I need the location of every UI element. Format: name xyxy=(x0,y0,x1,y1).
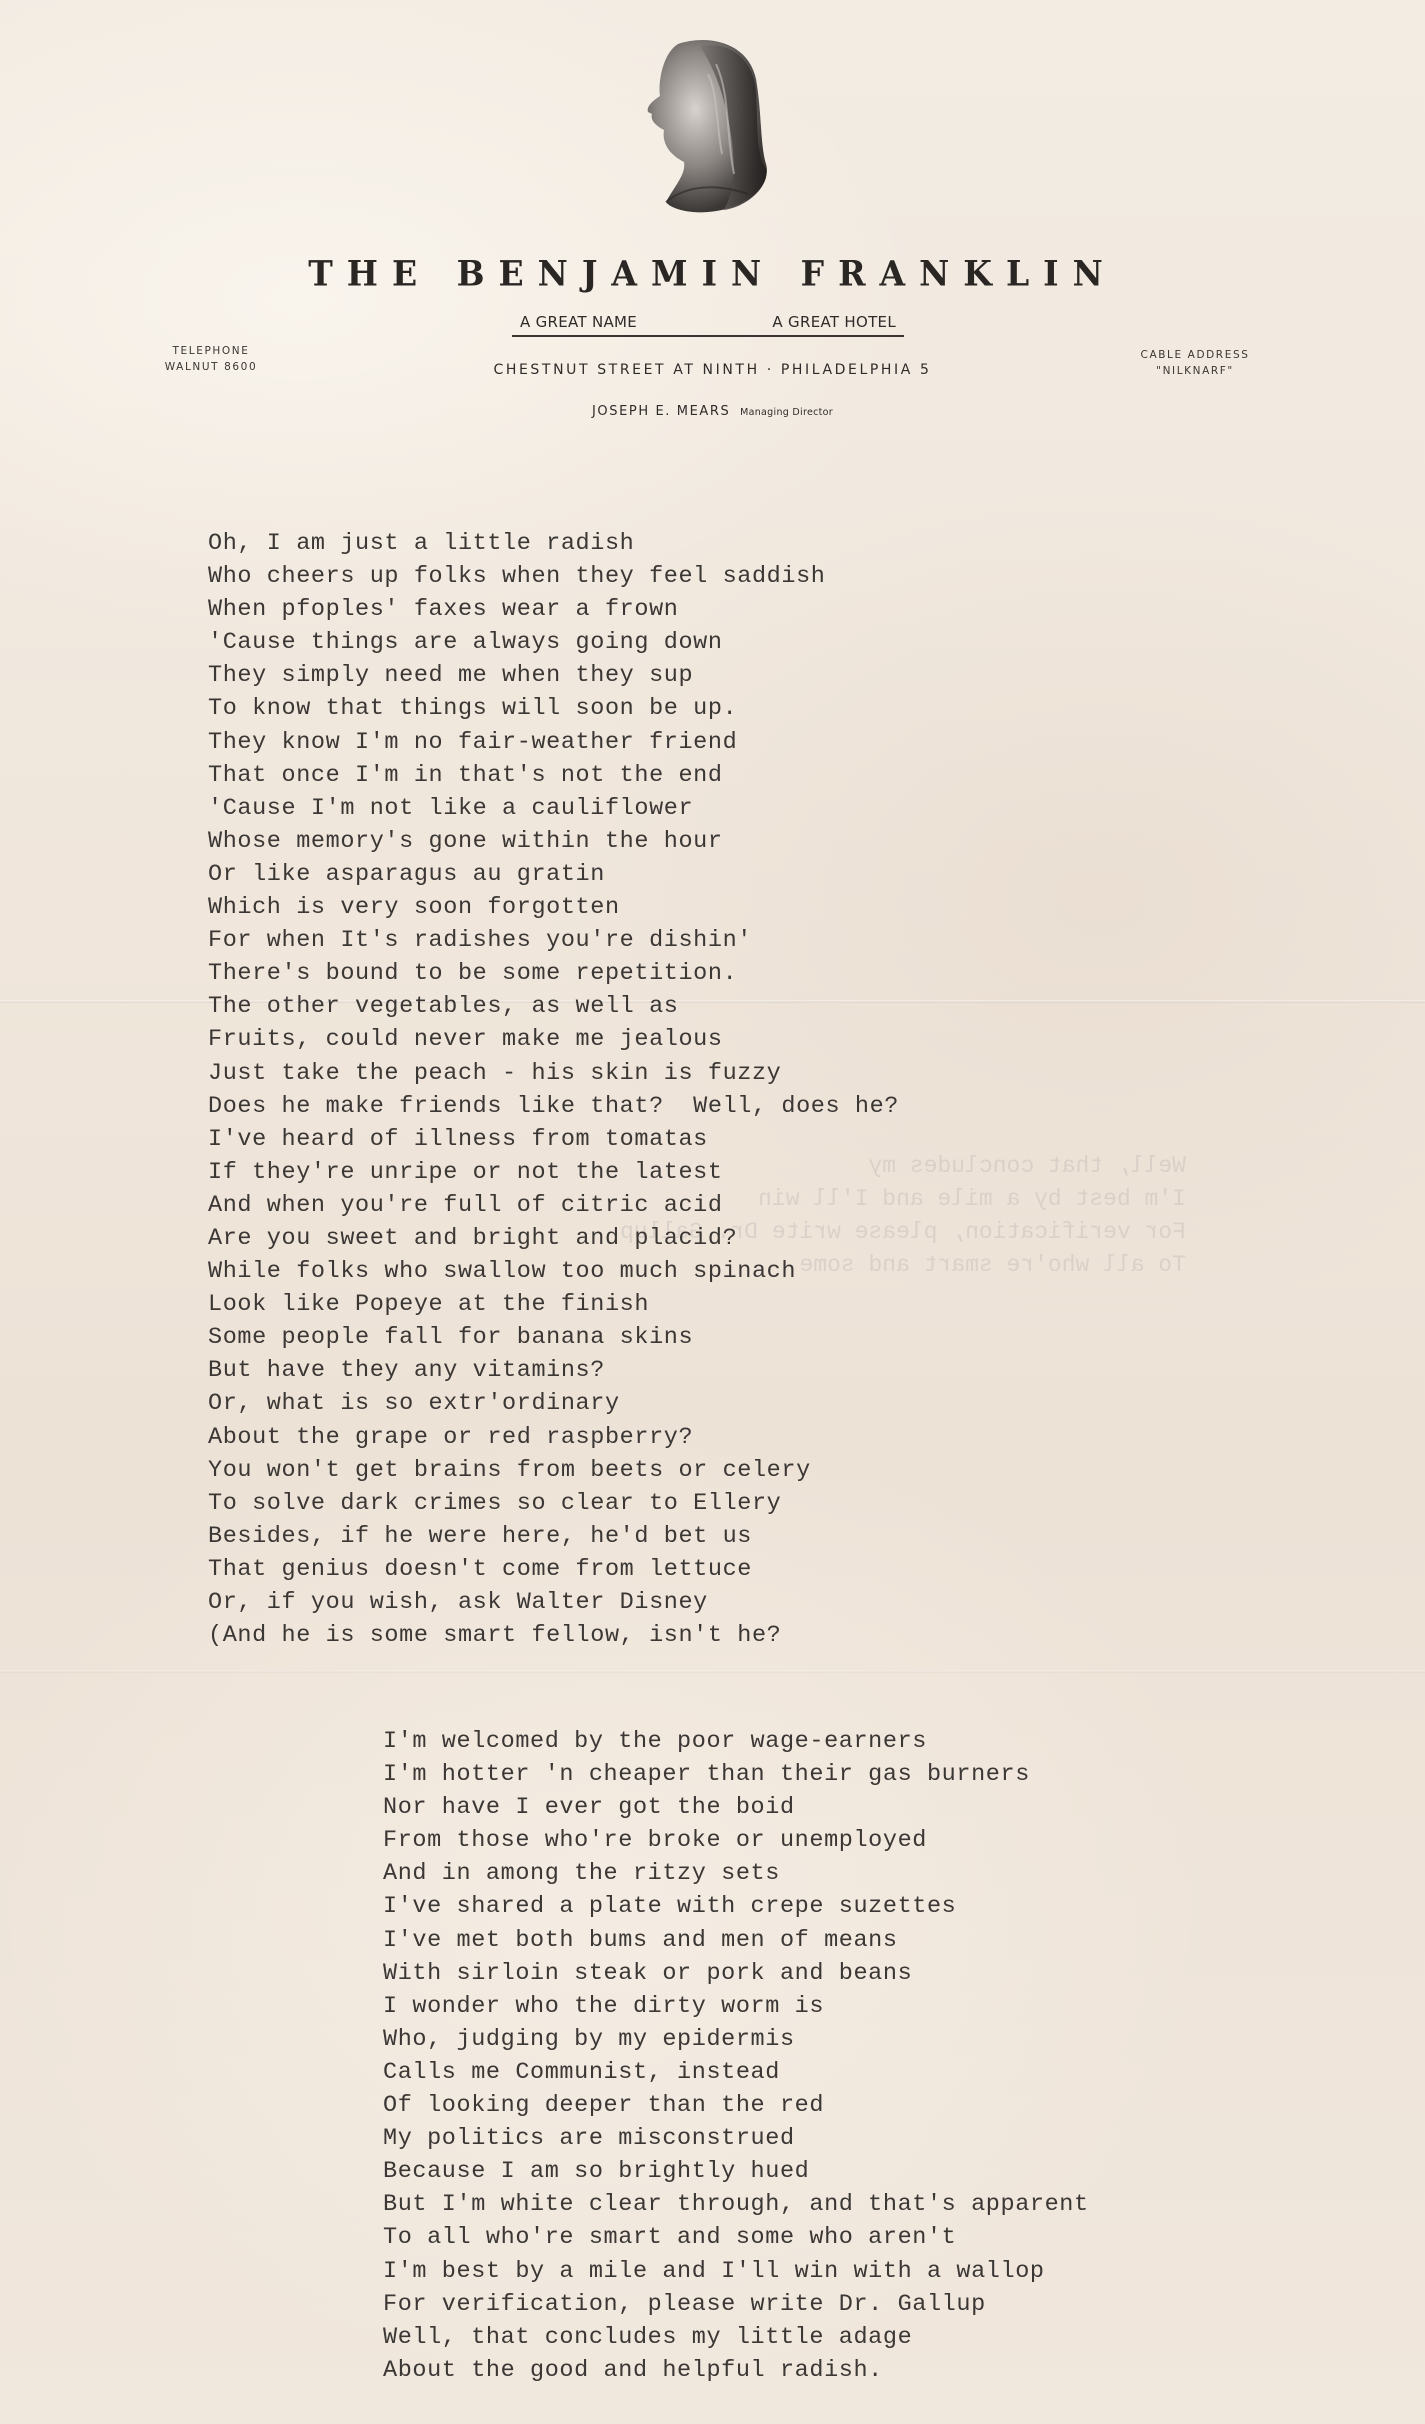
poem-line: And when you're full of citric acid xyxy=(208,1189,899,1222)
poem-line: Are you sweet and bright and placid? xyxy=(208,1222,899,1255)
poem-stanza-2: I'm welcomed by the poor wage-earnersI'm… xyxy=(383,1725,1089,2387)
poem-line: Who, judging by my epidermis xyxy=(383,2023,1089,2056)
director-name: JOSEPH E. MEARS xyxy=(592,404,730,419)
poem-line: My politics are misconstrued xyxy=(383,2122,1089,2155)
cable-address-block: CABLE ADDRESS "NILKNARF" xyxy=(1120,347,1270,379)
poem-line: Oh, I am just a little radish xyxy=(208,527,899,560)
poem-line: About the grape or red raspberry? xyxy=(208,1421,899,1454)
poem-line: I've shared a plate with crepe suzettes xyxy=(383,1890,1089,1923)
poem-line: They know I'm no fair-weather friend xyxy=(208,726,899,759)
poem-line: Or, if you wish, ask Walter Disney xyxy=(208,1586,899,1619)
poem-line: That genius doesn't come from lettuce xyxy=(208,1553,899,1586)
poem-line: Just take the peach - his skin is fuzzy xyxy=(208,1057,899,1090)
poem-line: If they're unripe or not the latest xyxy=(208,1156,899,1189)
franklin-portrait-icon xyxy=(638,34,778,214)
poem-line: Does he make friends like that? Well, do… xyxy=(208,1090,899,1123)
managing-director: JOSEPH E. MEARS Managing Director xyxy=(0,404,1425,419)
poem-line: To all who're smart and some who aren't xyxy=(383,2221,1089,2254)
poem-line: Or, what is so extr'ordinary xyxy=(208,1387,899,1420)
poem-line: I'm welcomed by the poor wage-earners xyxy=(383,1725,1089,1758)
poem-line: Whose memory's gone within the hour xyxy=(208,825,899,858)
poem-line: Look like Popeye at the finish xyxy=(208,1288,899,1321)
poem-line: When pfoples' faxes wear a frown xyxy=(208,593,899,626)
poem-line: I'm best by a mile and I'll win with a w… xyxy=(383,2255,1089,2288)
poem-line: Which is very soon forgotten xyxy=(208,891,899,924)
poem-line: Because I am so brightly hued xyxy=(383,2155,1089,2188)
slogan-right: A GREAT HOTEL xyxy=(772,313,896,331)
poem-line: But I'm white clear through, and that's … xyxy=(383,2188,1089,2221)
poem-line: To know that things will soon be up. xyxy=(208,692,899,725)
poem-line: But have they any vitamins? xyxy=(208,1354,899,1387)
poem-stanza-1: Oh, I am just a little radishWho cheers … xyxy=(208,527,899,1652)
poem-line: Some people fall for banana skins xyxy=(208,1321,899,1354)
slogan-underline xyxy=(512,335,904,337)
poem-line: Fruits, could never make me jealous xyxy=(208,1023,899,1056)
poem-line: With sirloin steak or pork and beans xyxy=(383,1957,1089,1990)
poem-line: That once I'm in that's not the end xyxy=(208,759,899,792)
poem-line: There's bound to be some repetition. xyxy=(208,957,899,990)
poem-line: Who cheers up folks when they feel saddi… xyxy=(208,560,899,593)
poem-line: 'Cause things are always going down xyxy=(208,626,899,659)
poem-line: While folks who swallow too much spinach xyxy=(208,1255,899,1288)
hotel-slogan: A GREAT NAME A GREAT HOTEL xyxy=(512,313,904,331)
poem-line: I wonder who the dirty worm is xyxy=(383,1990,1089,2023)
poem-line: To solve dark crimes so clear to Ellery xyxy=(208,1487,899,1520)
poem-line: Nor have I ever got the boid xyxy=(383,1791,1089,1824)
poem-line: Of looking deeper than the red xyxy=(383,2089,1089,2122)
poem-line: They simply need me when they sup xyxy=(208,659,899,692)
poem-line: You won't get brains from beets or celer… xyxy=(208,1454,899,1487)
telephone-label: TELEPHONE xyxy=(156,343,266,359)
poem-line: (And he is some smart fellow, isn't he? xyxy=(208,1619,899,1652)
poem-line: I've met both bums and men of means xyxy=(383,1924,1089,1957)
poem-line: Well, that concludes my little adage xyxy=(383,2321,1089,2354)
director-title: Managing Director xyxy=(740,407,833,418)
hotel-name: THE BENJAMIN FRANKLIN xyxy=(0,253,1425,294)
slogan-left: A GREAT NAME xyxy=(520,313,637,331)
poem-line: 'Cause I'm not like a cauliflower xyxy=(208,792,899,825)
poem-line: The other vegetables, as well as xyxy=(208,990,899,1023)
cable-address: "NILKNARF" xyxy=(1120,363,1270,379)
poem-line: Calls me Communist, instead xyxy=(383,2056,1089,2089)
poem-line: And in among the ritzy sets xyxy=(383,1857,1089,1890)
cable-label: CABLE ADDRESS xyxy=(1120,347,1270,363)
poem-line: For when It's radishes you're dishin' xyxy=(208,924,899,957)
poem-line: From those who're broke or unemployed xyxy=(383,1824,1089,1857)
poem-line: Besides, if he were here, he'd bet us xyxy=(208,1520,899,1553)
poem-line: About the good and helpful radish. xyxy=(383,2354,1089,2387)
poem-line: I've heard of illness from tomatas xyxy=(208,1123,899,1156)
poem-line: Or like asparagus au gratin xyxy=(208,858,899,891)
paper-fold-crease xyxy=(0,1670,1425,1673)
poem-line: For verification, please write Dr. Gallu… xyxy=(383,2288,1089,2321)
poem-line: I'm hotter 'n cheaper than their gas bur… xyxy=(383,1758,1089,1791)
